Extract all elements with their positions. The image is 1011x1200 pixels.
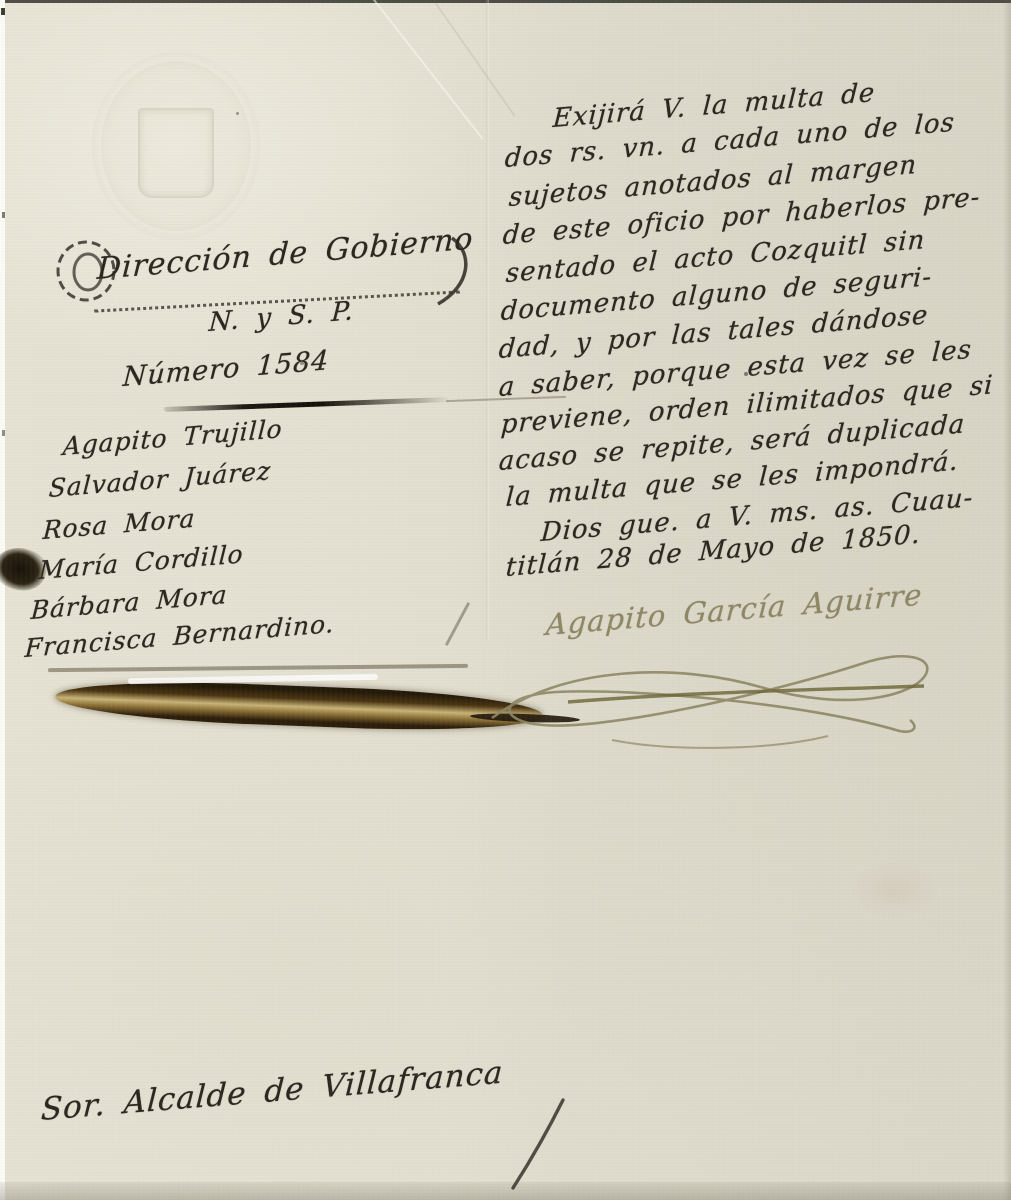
ink-smear-gloss-highlight — [128, 674, 378, 684]
scan-edge-top — [0, 0, 1011, 3]
vertical-fold-crease — [486, 0, 489, 640]
margin-name-4: María Cordillo — [38, 539, 245, 585]
stain-blotch — [850, 860, 940, 920]
manuscript-page: Dirección de Gobierno N. y S. P. Número … — [0, 0, 1011, 1200]
margin-name-3: Rosa Mora — [42, 503, 196, 545]
margin-name-5: Bárbara Mora — [30, 580, 229, 625]
margin-name-2: Salvador Juárez — [48, 456, 272, 503]
docket-number: Número 1584 — [122, 345, 330, 393]
margin-ink-blob — [0, 541, 51, 597]
header-flourish-right-icon — [430, 234, 480, 308]
ink-speck-1 — [744, 372, 748, 376]
footer-descender-stroke — [505, 1098, 575, 1193]
signature-slash-mark — [445, 602, 470, 646]
ink-speck-3 — [236, 112, 239, 115]
scan-edge-left-speck-1 — [1, 8, 5, 15]
ink-speck-2 — [300, 362, 304, 365]
ink-smear-main — [54, 677, 543, 736]
scan-edge-left — [0, 0, 5, 1200]
header-flourish-left-icon — [52, 238, 122, 304]
diagonal-crease-1 — [365, 0, 484, 140]
scan-edge-left-speck-2 — [2, 212, 5, 218]
margin-name-1: Agapito Trujillo — [62, 414, 284, 461]
footer-address: Sor. Alcalde de Villafranca — [40, 1055, 504, 1128]
ink-smear-faint-streak — [48, 664, 468, 672]
signature-rubric-flourish — [472, 632, 952, 758]
diagonal-crease-2 — [428, 0, 516, 117]
docket-number-underline — [164, 397, 450, 412]
embossed-seal-shield — [138, 108, 214, 198]
scan-edge-left-speck-3 — [2, 430, 5, 436]
scan-edge-right — [1003, 0, 1011, 1200]
